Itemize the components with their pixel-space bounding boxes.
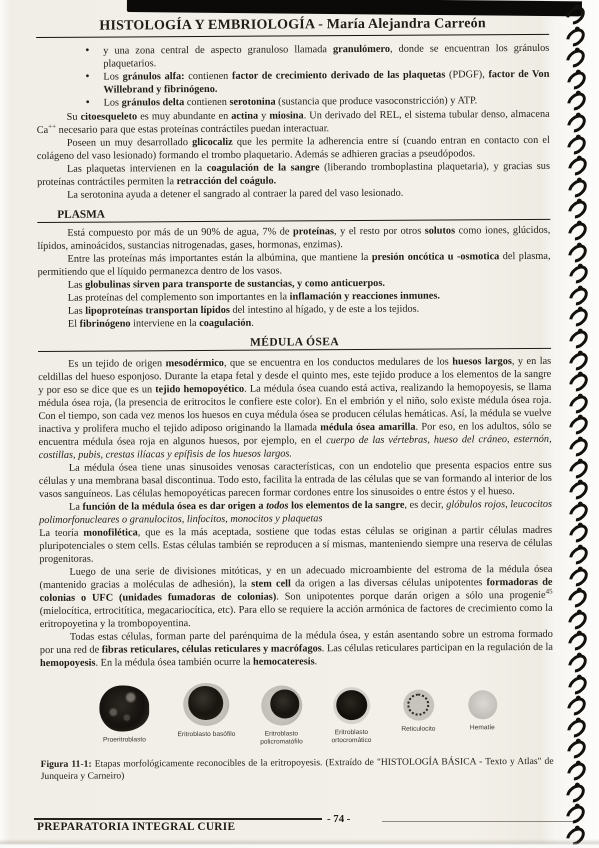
- cell-label: Reticulocito: [401, 726, 435, 734]
- section-heading-medula-osea: MÉDULA ÓSEA: [38, 335, 551, 352]
- eritroblasto-basofilo-cell-image: [183, 683, 229, 726]
- spiral-coil-icon: [565, 262, 591, 287]
- proeritroblasto-cell-image: [99, 685, 149, 731]
- paragraph: Su citoesqueleto es muy abundante en act…: [37, 108, 550, 137]
- figure-cell-reticulocito: Reticulocito: [392, 682, 444, 734]
- cell-label: Eritroblasto policromatófilo: [252, 730, 310, 746]
- spiral-coil-icon: [564, 132, 590, 157]
- figure-erythropoiesis: Proeritroblasto Eritroblasto basófilo Er…: [40, 681, 554, 784]
- spiral-coil-icon: [565, 564, 591, 589]
- spiral-coil-icon: [565, 651, 591, 676]
- spiral-coil-icon: [566, 478, 592, 503]
- spiral-coil-icon: [564, 672, 590, 697]
- figure-cell-hematie: Hematíe: [457, 681, 507, 732]
- spiral-coil-icon: [565, 284, 591, 309]
- spiral-coil-icon: [565, 197, 591, 222]
- spiral-coil-icon: [565, 543, 591, 568]
- spiral-coil-icon: [565, 521, 591, 546]
- page-number: - 74 -: [327, 813, 350, 825]
- bullet-item: Los gránulos alfa: contienen factor de c…: [36, 68, 549, 97]
- footer-rule-right: [382, 821, 574, 822]
- spiral-coil-icon: [563, 802, 589, 827]
- paragraph: Poseen un muy desarrollado glicocaliz qu…: [37, 134, 550, 163]
- spiral-coil-icon: [565, 176, 591, 201]
- spiral-binding: [553, 0, 599, 848]
- hematie-cell-image: [468, 690, 497, 719]
- eritroblasto-policromatofilo-cell-image: [261, 685, 302, 725]
- bullet-item: y una zona central de aspecto granuloso …: [36, 42, 549, 71]
- spiral-coil-icon: [566, 413, 592, 438]
- spiral-coil-icon: [564, 111, 590, 136]
- spiral-coil-icon: [563, 24, 589, 49]
- spiral-coil-icon: [565, 608, 591, 633]
- spiral-coil-icon: [566, 392, 592, 417]
- spiral-coil-icon: [564, 89, 590, 114]
- paragraph: Luego de una serie de divisiones mitótic…: [39, 563, 552, 631]
- spiral-coil-icon: [564, 737, 590, 762]
- spiral-coil-icon: [564, 716, 590, 741]
- spiral-coil-icon: [565, 586, 591, 611]
- section-heading-plasma: PLASMA: [37, 206, 550, 223]
- scanned-page: HISTOLOGÍA Y EMBRIOLOGÍA - María Alejand…: [0, 0, 599, 848]
- cell-label: Eritroblasto ortocromático: [323, 729, 379, 745]
- scan-bottom-edge: [0, 839, 599, 848]
- paragraph: Todas estas células, forman parte del pa…: [40, 628, 553, 670]
- platelet-bullet-list: y una zona central de aspecto granuloso …: [36, 42, 549, 110]
- paragraph: La médula ósea tiene unas sinusoides ven…: [39, 459, 552, 501]
- spiral-coil-icon: [566, 348, 592, 373]
- paragraph: La teoría monofilética, que es la más ac…: [39, 524, 552, 566]
- page-title: HISTOLOGÍA Y EMBRIOLOGÍA - María Alejand…: [36, 7, 549, 38]
- cell-label: Hematíe: [470, 724, 495, 732]
- spiral-coil-icon: [563, 759, 589, 784]
- spiral-coil-icon: [566, 370, 592, 395]
- spiral-coil-icon: [566, 456, 592, 481]
- footer-school-name: PREPARATORIA INTEGRAL CURIE: [37, 821, 235, 833]
- reticulocito-cell-image: [403, 690, 434, 721]
- spiral-coil-icon: [563, 780, 589, 805]
- cell-label: Proeritroblasto: [103, 736, 146, 744]
- spiral-coil-icon: [565, 629, 591, 654]
- cell-label: Eritroblasto basófilo: [177, 731, 235, 739]
- paragraph: La serotonina ayuda a detener el sangrad…: [37, 186, 550, 202]
- paragraph: El fibrinógeno interviene en la coagulac…: [38, 315, 551, 331]
- paragraph: La función de la médula ósea es dar orig…: [39, 498, 552, 527]
- spiral-coil-icon: [566, 435, 592, 460]
- spiral-coil-icon: [565, 305, 591, 330]
- page-content: HISTOLOGÍA Y EMBRIOLOGÍA - María Alejand…: [36, 7, 554, 784]
- paragraph: Está compuesto por más de un 90% de agua…: [37, 224, 550, 253]
- paragraph: Las plaquetas intervienen en la coagulac…: [37, 160, 550, 189]
- spiral-coil-icon: [565, 219, 591, 244]
- spiral-coil-icon: [563, 3, 589, 28]
- figure-cell-eritroblasto-ortocromatico: Eritroblasto ortocromático: [323, 682, 379, 745]
- spiral-coil-icon: [564, 694, 590, 719]
- figure-caption: Figura 11-1: Etapas morfológicamente rec…: [41, 756, 554, 784]
- eritroblasto-ortocromatico-cell-image: [333, 687, 370, 724]
- spiral-coil-icon: [563, 46, 589, 71]
- figure-cell-eritroblasto-policromatofilo: Eritroblasto policromatófilo: [252, 682, 310, 746]
- figure-cell-proeritroblasto: Proeritroblasto: [88, 683, 160, 744]
- paragraph: Entre las proteínas más importantes está…: [37, 250, 550, 279]
- spiral-coil-icon: [566, 500, 592, 525]
- spiral-coil-icon: [564, 154, 590, 179]
- spiral-coil-icon: [565, 240, 591, 265]
- footer-rule-left: [34, 818, 322, 820]
- figure-cell-row: Proeritroblasto Eritroblasto basófilo Er…: [88, 681, 553, 748]
- spiral-coil-icon: [563, 68, 589, 93]
- spiral-coil-icon: [566, 327, 592, 352]
- paragraph: Es un tejido de origen mesodérmico, que …: [38, 355, 552, 462]
- figure-cell-eritroblasto-basofilo: Eritroblasto basófilo: [173, 683, 239, 739]
